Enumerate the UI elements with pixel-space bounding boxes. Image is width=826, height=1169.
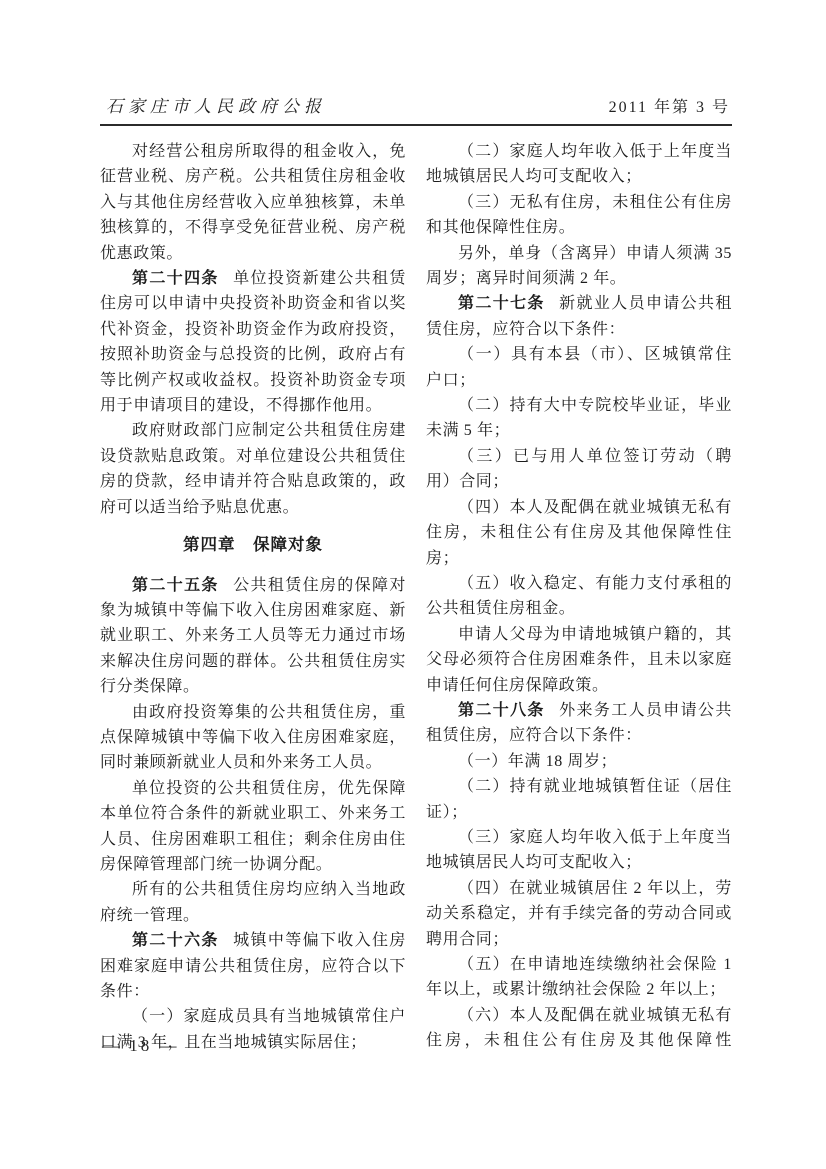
chapter-heading: 第四章 保障对象 — [100, 533, 406, 558]
paragraph: （五）在申请地连续缴纳社会保险 1 年以上，或累计缴纳社会保险 2 年以上； — [426, 952, 732, 1003]
article-number: 第二十五条 — [132, 577, 219, 594]
issue-number: 2011 年第 3 号 — [609, 94, 730, 117]
paragraph-text: （四）本人及配偶在就业城镇无私有住房，未租住公有住房及其他保障性住房； — [426, 499, 732, 567]
left-column: 对经营公租房所取得的租金收入，免征营业税、房产税。公共租赁住房租金收入与其他住房… — [100, 139, 406, 1055]
paragraph: 第二十七条新就业人员申请公共租赁住房，应符合以下条件： — [426, 291, 732, 342]
paragraph: 对经营公租房所取得的租金收入，免征营业税、房产税。公共租赁住房租金收入与其他住房… — [100, 139, 406, 266]
paragraph-text: （五）在申请地连续缴纳社会保险 1 年以上，或累计缴纳社会保险 2 年以上； — [426, 956, 732, 998]
paragraph: （二）持有就业地城镇暂住证（居住证）； — [426, 774, 732, 825]
paragraph-text: 对经营公租房所取得的租金收入，免征营业税、房产税。公共租赁住房租金收入与其他住房… — [100, 143, 406, 262]
scanned-gazette-page: { "colors": { "background": "#ffffff", "… — [0, 0, 826, 1169]
right-column: （二）家庭人均年收入低于上年度当地城镇居民人均可支配收入；（三）无私有住房，未租… — [426, 139, 732, 1055]
paragraph: （六）本人及配偶在就业城镇无私有住房，未租住公有住房及其他保障性 — [426, 1003, 732, 1054]
paragraph: （二）持有大中专院校毕业证，毕业未满 5 年； — [426, 393, 732, 444]
paragraph-text: 另外，单身（含离异）申请人须满 35 周岁；离异时间须满 2 年。 — [426, 245, 732, 287]
paragraph-text: 单位投资的公共租赁住房，优先保障本单位符合条件的新就业职工、外来务工人员、住房困… — [100, 780, 406, 873]
page-number: — 18 — — [102, 1036, 180, 1056]
paragraph: 第二十四条单位投资新建公共租赁住房可以申请中央投资补助资金和省以奖代补资金，投资… — [100, 266, 406, 418]
text-columns: 对经营公租房所取得的租金收入，免征营业税、房产税。公共租赁住房租金收入与其他住房… — [100, 139, 732, 1055]
page: 石家庄市人民政府公报 2011 年第 3 号 对经营公租房所取得的租金收入，免征… — [100, 92, 732, 1055]
paragraph: （三）家庭人均年收入低于上年度当地城镇居民人均可支配收入； — [426, 825, 732, 876]
paragraph-text: （五）收入稳定、有能力支付承租的公共租赁住房租金。 — [426, 575, 732, 617]
paragraph-text: （三）无私有住房，未租住公有住房和其他保障性住房。 — [426, 194, 732, 236]
paragraph-text: （四）在就业城镇居住 2 年以上，劳动关系稳定，并有手续完备的劳动合同或聘用合同… — [426, 880, 732, 948]
paragraph: 第二十五条公共租赁住房的保障对象为城镇中等偏下收入住房困难家庭、新就业职工、外来… — [100, 573, 406, 700]
paragraph-text: （二）家庭人均年收入低于上年度当地城镇居民人均可支配收入； — [426, 143, 732, 185]
paragraph-text: 所有的公共租赁住房均应纳入当地政府统一管理。 — [100, 881, 406, 923]
article-number: 第二十六条 — [132, 932, 219, 949]
paragraph: 由政府投资筹集的公共租赁住房，重点保障城镇中等偏下收入住房困难家庭，同时兼顾新就… — [100, 700, 406, 776]
paragraph-text: 单位投资新建公共租赁住房可以申请中央投资补助资金和省以奖代补资金，投资补助资金作… — [100, 270, 406, 414]
paragraph-text: 由政府投资筹集的公共租赁住房，重点保障城镇中等偏下收入住房困难家庭，同时兼顾新就… — [100, 704, 406, 772]
article-number: 第二十八条 — [458, 702, 545, 719]
paragraph-text: （一）年满 18 周岁； — [458, 753, 617, 770]
paragraph: 所有的公共租赁住房均应纳入当地政府统一管理。 — [100, 877, 406, 928]
paragraph: （四）本人及配偶在就业城镇无私有住房，未租住公有住房及其他保障性住房； — [426, 495, 732, 571]
paragraph-text: （一）具有本县（市）、区城镇常住户口； — [426, 346, 732, 388]
paragraph: （三）已与用人单位签订劳动（聘用）合同； — [426, 444, 732, 495]
paragraph: （四）在就业城镇居住 2 年以上，劳动关系稳定，并有手续完备的劳动合同或聘用合同… — [426, 876, 732, 952]
article-number: 第二十七条 — [458, 295, 545, 312]
paragraph: （二）家庭人均年收入低于上年度当地城镇居民人均可支配收入； — [426, 139, 732, 190]
paragraph: （一）年满 18 周岁； — [426, 749, 732, 774]
paragraph: （一）具有本县（市）、区城镇常住户口； — [426, 342, 732, 393]
paragraph-text: （三）已与用人单位签订劳动（聘用）合同； — [426, 448, 732, 490]
page-header: 石家庄市人民政府公报 2011 年第 3 号 — [100, 92, 732, 126]
paragraph: 另外，单身（含离异）申请人须满 35 周岁；离异时间须满 2 年。 — [426, 241, 732, 292]
article-number: 第二十四条 — [132, 270, 219, 287]
paragraph-text: 申请人父母为申请地城镇户籍的，其父母必须符合住房困难条件，且未以家庭申请任何住房… — [426, 626, 732, 694]
paragraph-text: （二）持有就业地城镇暂住证（居住证）； — [426, 778, 732, 820]
paragraph: 政府财政部门应制定公共租赁住房建设贷款贴息政策。对单位建设公共租赁住房的贷款，经… — [100, 418, 406, 520]
paragraph-text: （六）本人及配偶在就业城镇无私有住房，未租住公有住房及其他保障性 — [426, 1007, 732, 1049]
gazette-title: 石家庄市人民政府公报 — [106, 92, 326, 117]
paragraph-text: 公共租赁住房的保障对象为城镇中等偏下收入住房困难家庭、新就业职工、外来务工人员等… — [100, 577, 406, 696]
paragraph: 单位投资的公共租赁住房，优先保障本单位符合条件的新就业职工、外来务工人员、住房困… — [100, 776, 406, 878]
paragraph: 第二十六条城镇中等偏下收入住房困难家庭申请公共租赁住房，应符合以下条件： — [100, 928, 406, 1004]
paragraph-text: （二）持有大中专院校毕业证，毕业未满 5 年； — [426, 397, 732, 439]
paragraph: （三）无私有住房，未租住公有住房和其他保障性住房。 — [426, 190, 732, 241]
paragraph: 申请人父母为申请地城镇户籍的，其父母必须符合住房困难条件，且未以家庭申请任何住房… — [426, 622, 732, 698]
paragraph-text: （三）家庭人均年收入低于上年度当地城镇居民人均可支配收入； — [426, 829, 732, 871]
paragraph: 第二十八条外来务工人员申请公共租赁住房，应符合以下条件： — [426, 698, 732, 749]
paragraph-text: 政府财政部门应制定公共租赁住房建设贷款贴息政策。对单位建设公共租赁住房的贷款，经… — [100, 422, 406, 515]
paragraph: （五）收入稳定、有能力支付承租的公共租赁住房租金。 — [426, 571, 732, 622]
